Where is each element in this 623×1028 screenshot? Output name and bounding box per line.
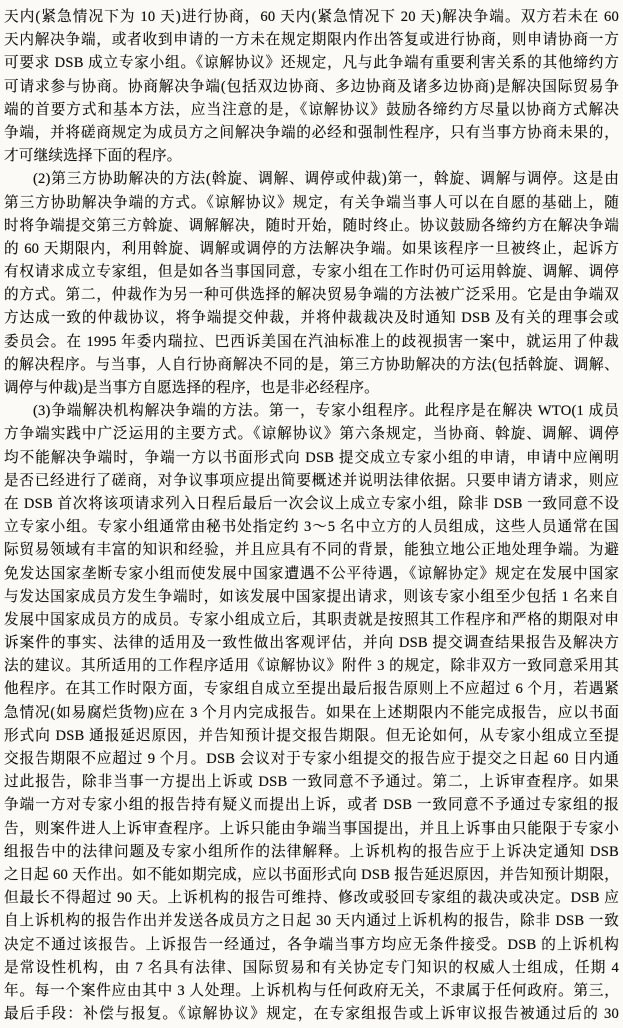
text-line: 与发达国家成员方发生争端时，如该发展中国家提出请求，则该专家小组至少包括 1 名… [4,586,619,609]
text-line: (3)争端解决机构解决争端的方法。第一，专家小组程序。此程序是在解决 WTO(1… [4,400,619,423]
paragraph: (3)争端解决机构解决争端的方法。第一，专家小组程序。此程序是在解决 WTO(1… [4,400,619,1026]
text-line: 争端一方对专家小组的报告持有疑义而提出上诉，或者 DSB 一致同意不予通过专家组… [4,794,619,817]
text-line: 最后手段：补偿与报复。《谅解协议》规定，在专家组报告或上诉审议报告被通过后的 3… [4,1003,619,1026]
text-line: 之日起 60 天作出。如不能如期完成，应以书面形式向 DSB 报告延迟原因，并告… [4,864,619,887]
text-line: 方争端实践中广泛运用的主要方式。《谅解协议》第六条规定，当协商、斡旋、调解、调停 [4,423,619,446]
text-line: 形式向 DSB 通报延迟原因，并告知预计提交报告期限。但无论如何，从专家小组成立… [4,725,619,748]
text-line: 是常设性机构，由 7 名具有法律、国际贸易和有关协定专门知识的权威人士组成，任期… [4,957,619,980]
text-line: 年。每一个案件应由其中 3 人处理。上诉机构与任何政府无关，不隶属于任何政府。第… [4,980,619,1003]
text-line: 的 60 天期限内，利用斡旋、调解或调停的方法解决争端。如果该程序一旦被终止，起… [4,238,619,261]
text-line: 在 DSB 首次将该项请求列入日程后最后一次会议上成立专家小组，除非 DSB 一… [4,493,619,516]
text-line: 他程序。在其工作时限方面，专家组自成立至提出最后报告原则上不应超过 6 个月，若… [4,678,619,701]
text-line: 发展中国家成员方的成员。专家小组成立后，其职责就是按照其工作程序和严格的期限对申 [4,609,619,632]
text-line: 际贸易领域有丰富的知识和经验，并且应具有不同的背景，能独立地公正地处理争端。为避 [4,539,619,562]
text-line: 但最长不得超过 90 天。上诉机构的报告可维持、修改或驳回专家组的裁决或决定。D… [4,887,619,910]
text-line: 方达成一致的仲裁协议，将争端提交仲裁，并将仲裁裁决及时通知 DSB 及有关的理事… [4,307,619,330]
text-line: 可要求 DSB 成立专家小组。《谅解协议》还规定，凡与此争端有重要利害关系的其他… [4,52,619,75]
text-line: 争端，并将磋商规定为成员方之间解决争端的必经和强制性程序，只有当事方协商未果的， [4,122,619,145]
text-line: 的方式。第二，仲裁作为另一种可供选择的解决贸易争端的方法被广泛采用。它是由争端双 [4,284,619,307]
text-line: 时将争端提交第三方斡旋、调解解决，随时开始，随时终止。协议鼓励各缔约方在解决争端 [4,215,619,238]
text-line: 诉案件的事实、法律的适用及一致性做出客观评估，并向 DSB 提交调查结果报告及解… [4,632,619,655]
paragraph: (2)第三方协助解决的方法(斡旋、调解、调停或仲裁)第一，斡旋、调解与调停。这是… [4,168,619,400]
text-line: 过此报告，除非当事一方提出上诉或 DSB 一致同意不予通过。第二，上诉审查程序。… [4,771,619,794]
text-line: 才可继续选择下面的程序。 [4,145,619,168]
text-line: 的解决程序。与当事，人自行协商解决不同的是，第三方协助解决的方法(包括斡旋、调解… [4,354,619,377]
document-page: 天内(紧急情况下为 10 天)进行协商，60 天内(紧急情况下 20 天)解决争… [0,0,623,1028]
text-line: 天内解决争端，或者收到申请的一方未在规定期限内作出答复或进行协商，则申请协商一方 [4,29,619,52]
text-line: 调停与仲裁)是当事方自愿选择的程序，也是非必经程序。 [4,377,619,400]
text-line: 端的首要方式和基本方法，应当注意的是，《谅解协议》鼓励各缔约方尽量以协商方式解决 [4,99,619,122]
text-line: 立专家小组。专家小组通常由秘书处指定约 3～5 名中立方的人员组成，这些人员通常… [4,516,619,539]
text-line: (2)第三方协助解决的方法(斡旋、调解、调停或仲裁)第一，斡旋、调解与调停。这是… [4,168,619,191]
page-text: 天内(紧急情况下为 10 天)进行协商，60 天内(紧急情况下 20 天)解决争… [4,6,619,1026]
text-line: 免发达国家垄断专家小组而使发展中国家遭遇不公平待遇，《谅解协定》规定在发展中国家 [4,563,619,586]
text-line: 有权请求成立专家组，但是如各当事国同意，专家小组在工作时仍可运用斡旋、调解、调停 [4,261,619,284]
text-line: 自上诉机构的报告作出并发送各成员方之日起 30 天内通过上诉机构的报告，除非 D… [4,910,619,933]
paragraph: 天内(紧急情况下为 10 天)进行协商，60 天内(紧急情况下 20 天)解决争… [4,6,619,168]
text-line: 是否已经进行了磋商，对争议事项应提出简要概述并说明法律依据。只要申请方请求，则应 [4,470,619,493]
text-line: 委员会。在 1995 年委内瑞拉、巴西诉美国在汽油标准上的歧视损害一案中，就运用… [4,331,619,354]
text-line: 交报告期限不应超过 9 个月。DSB 会议对于专家小组提交的报告应于提交之日起 … [4,748,619,771]
text-line: 第三方协助解决争端的方式。《谅解协议》规定，有关争端当事人可以在自愿的基础上，随 [4,192,619,215]
text-line: 天内(紧急情况下为 10 天)进行协商，60 天内(紧急情况下 20 天)解决争… [4,6,619,29]
text-line: 法的建议。其所适用的工作程序适用《谅解协议》附件 3 的规定，除非双方一致同意采… [4,655,619,678]
text-line: 组报告中的法律问题及专家小组所作的法律解释。上诉机构的报告应于上诉决定通知 DS… [4,841,619,864]
text-line: 决定不通过该报告。上诉报告一经通过，各争端当事方均应无条件接受。DSB 的上诉机… [4,934,619,957]
text-line: 可请求参与协商。协商解决争端(包括双边协商、多边协商及诸多边协商)是解决国际贸易… [4,76,619,99]
text-line: 告，则案件进人上诉审查程序。上诉只能由争端当事国提出，并且上诉事由只能限于专家小 [4,818,619,841]
text-line: 均不能解决争端时，争端一方以书面形式向 DSB 提交成立专家小组的申请，申请中应… [4,447,619,470]
text-line: 急情况(如易腐烂货物)应在 3 个月内完成报告。如果在上述期限内不能完成报告，应… [4,702,619,725]
